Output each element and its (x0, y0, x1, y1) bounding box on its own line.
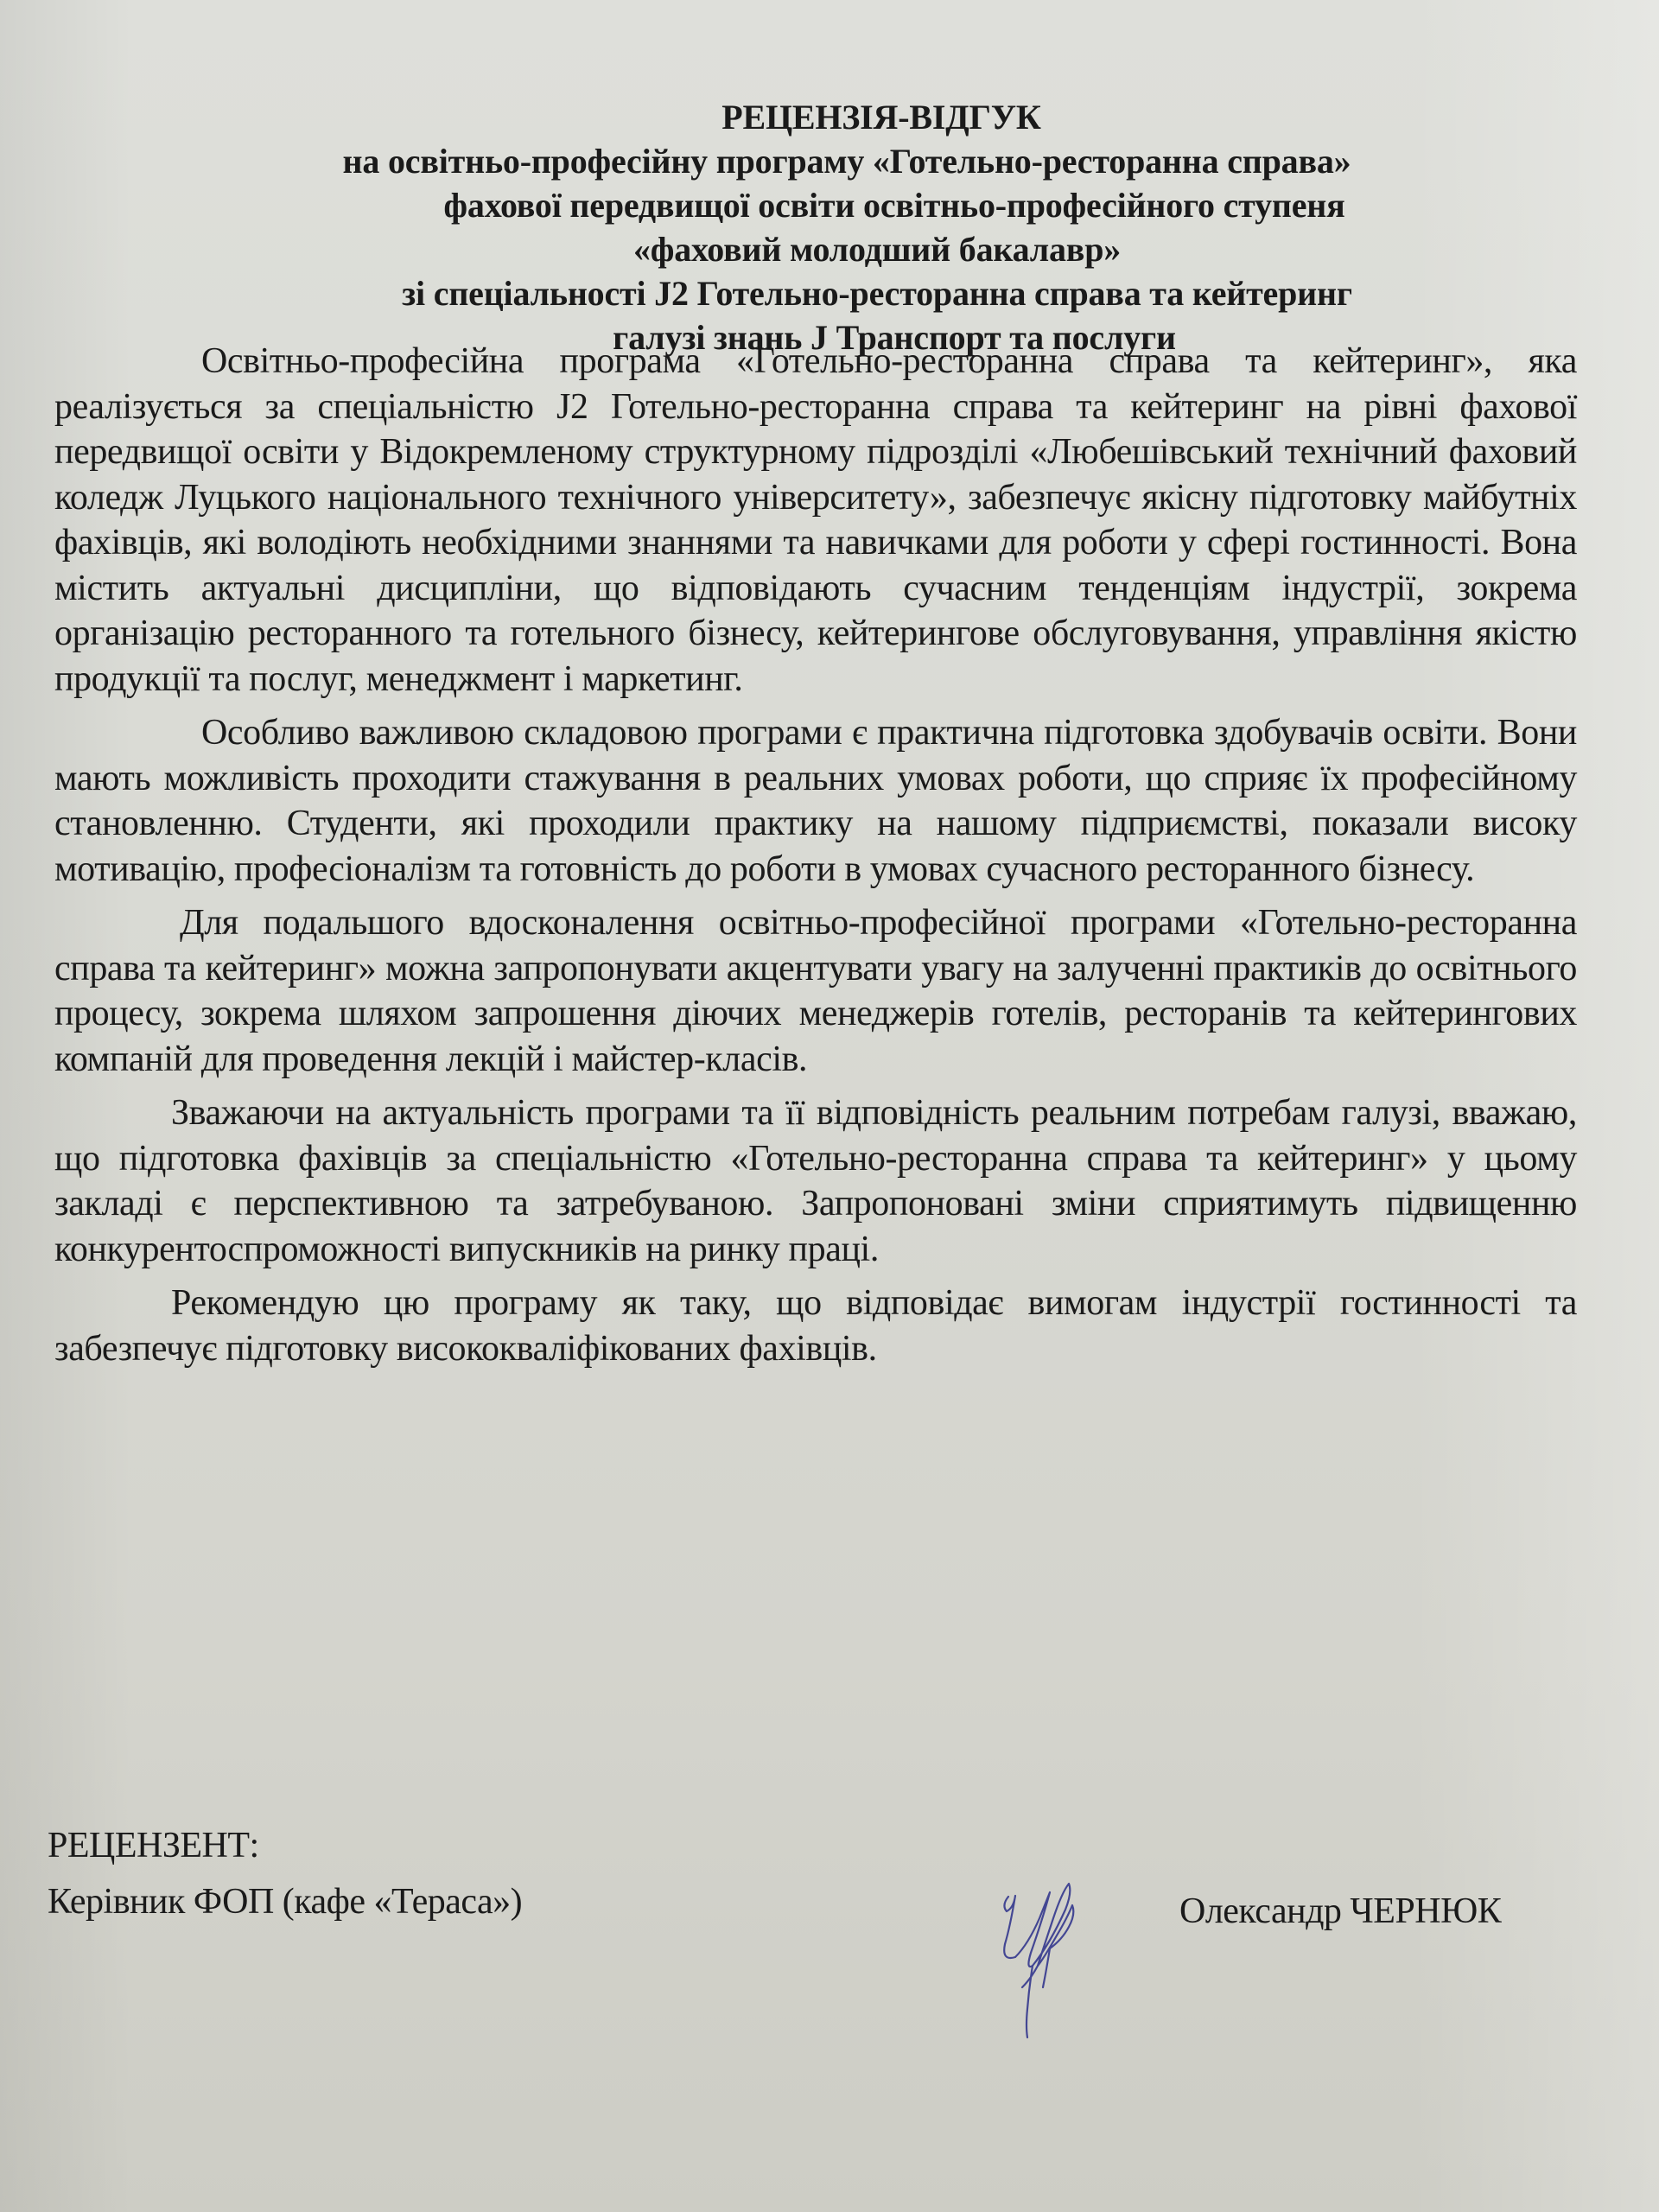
heading-line: зі спеціальності J2 Готельно-ресторанна … (95, 271, 1659, 315)
review-body: Освітньо-професійна програма «Готельно-р… (54, 339, 1577, 1371)
paragraph-improvement-suggestions: Для подальшого вдосконалення освітньо-пр… (54, 900, 1577, 1082)
document-page: РЕЦЕНЗІЯ-ВІДГУК на освітньо-професійну п… (0, 0, 1659, 2212)
reviewer-name: Олександр ЧЕРНЮК (1179, 1891, 1501, 1932)
document-title: РЕЦЕНЗІЯ-ВІДГУК (104, 95, 1659, 139)
reviewer-position: Керівник ФОП (кафе «Тераса») (48, 1881, 522, 1923)
paragraph-conclusion: Зважаючи на актуальність програми та її … (54, 1090, 1577, 1272)
signature-icon (989, 1858, 1093, 2039)
document-heading: РЕЦЕНЗІЯ-ВІДГУК на освітньо-професійну п… (0, 95, 1659, 359)
heading-line: на освітньо-професійну програму «Готельн… (35, 139, 1659, 183)
reviewer-label: РЕЦЕНЗЕНТ: (48, 1825, 259, 1866)
heading-line: фахової передвищої освіти освітньо-профе… (130, 183, 1659, 227)
paragraph-recommendation: Рекомендую цю програму як таку, що відпо… (54, 1281, 1577, 1371)
paragraph-program-overview: Освітньо-професійна програма «Готельно-р… (54, 339, 1577, 702)
paragraph-practical-training: Особливо важливою складовою програми є п… (54, 710, 1577, 892)
heading-line: «фаховий молодший бакалавр» (95, 227, 1659, 271)
